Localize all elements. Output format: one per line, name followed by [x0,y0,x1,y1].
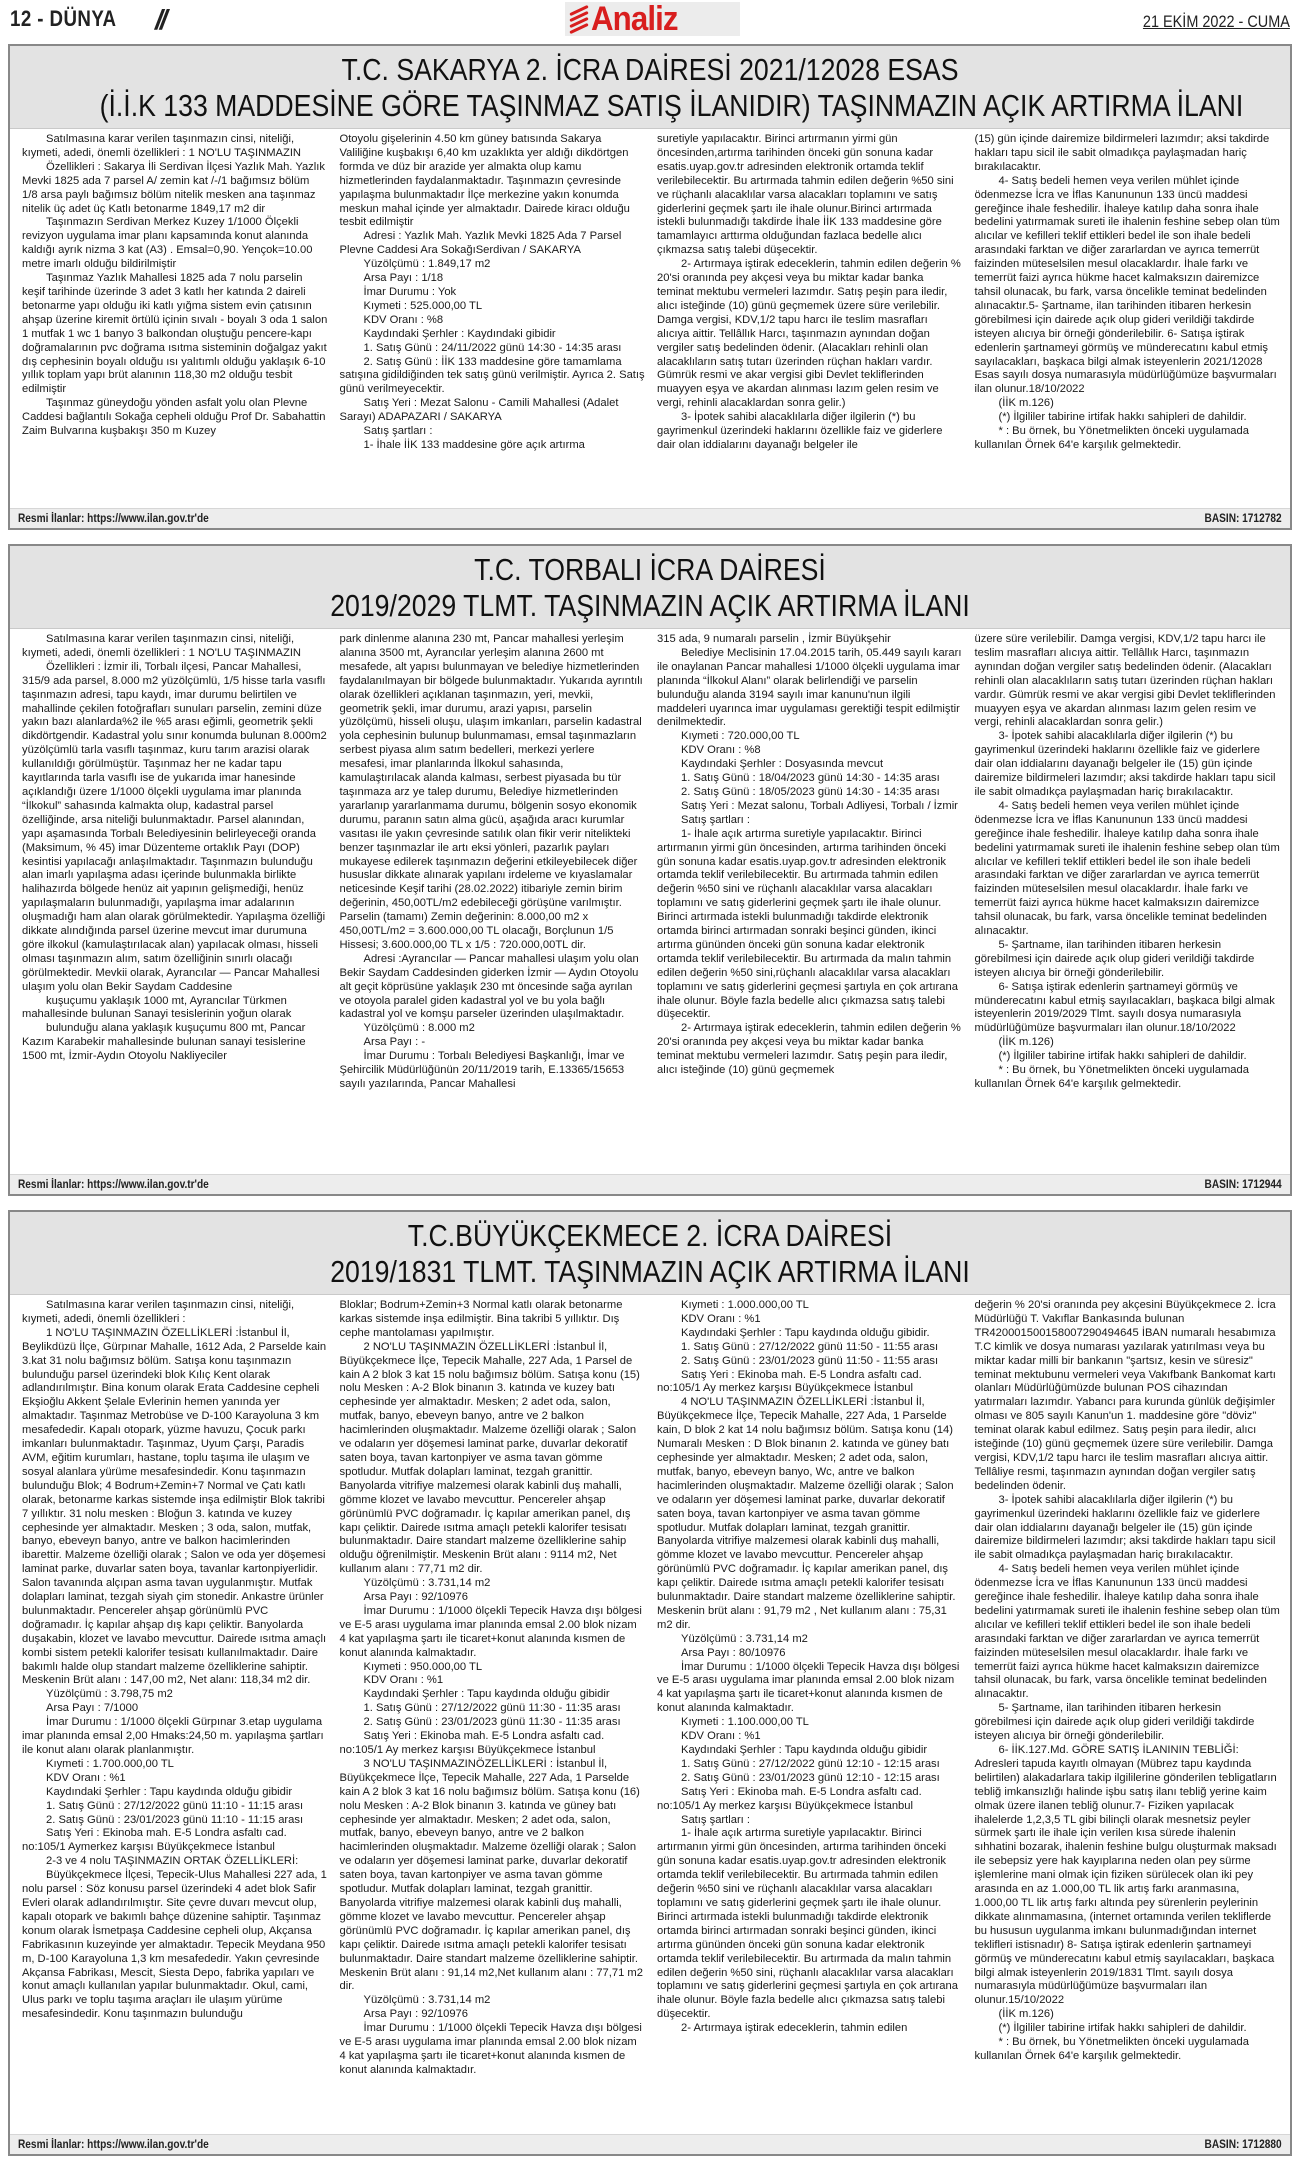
ad-paragraph: 1. Satış Günü : 27/12/2022 günü 11:10 - … [22,1800,328,1814]
masthead: 12 - DÜNYA // Analiz 21 EKİM 2022 - CUMA [0,0,1300,40]
ad-paragraph: Satış Yeri : Ekinoba mah. E-5 Londra asf… [22,1827,328,1855]
ad-paragraph: Adresi : Yazlık Mah. Yazlık Mevki 1825 A… [340,230,646,258]
ad-title-line-2: 2019/1831 TLMT. TAŞINMAZIN AÇIK ARTIRMA … [100,1254,1201,1290]
legal-ad-sakarya: T.C. SAKARYA 2. İCRA DAİRESİ 2021/12028 … [8,44,1292,530]
ad-paragraph: İmar Durumu : 1/1000 ölçekli Tepecik Hav… [340,1605,646,1661]
ad-paragraph: KDV Oranı : %1 [340,1674,646,1688]
ad-paragraph: Satış şartları : [340,425,646,439]
official-ads-link[interactable]: Resmi İlanlar: https://www.ilan.gov.tr'd… [18,2139,209,2151]
logo-swoosh-icon [569,5,591,33]
ad-paragraph: 1- İhale İİK 133 maddesine göre açık art… [340,439,646,453]
press-number: BASIN: 1712782 [1205,513,1282,525]
ad-paragraph: Satış Yeri : Mezat salonu, Torbalı Adliy… [657,800,963,814]
ad-paragraph: 1. Satış Günü : 27/12/2022 günü 11:30 - … [340,1702,646,1716]
ad-body: Satılmasına karar verilen taşınmazın cin… [10,1295,1290,2078]
ad-paragraph: (*) İlgililer tabirine irtifak hakkı sah… [975,1050,1281,1064]
ad-paragraph: 4- Satış bedeli hemen veya verilen mühle… [975,175,1281,398]
ad-paragraph: 3- İpotek sahibi alacaklılarla diğer ilg… [657,411,963,453]
ad-paragraph: 2 NO'LU TAŞINMAZIN ÖZELLİKLERİ :İstanbul… [340,1341,646,1577]
ad-paragraph: Yüzölçümü : 1.849,17 m2 [340,258,646,272]
ad-paragraph: kuşuçumu yaklaşık 1000 mt, Ayrancılar Tü… [22,995,328,1023]
ad-column-4: (15) gün içinde dairemize bildirmeleri l… [975,133,1281,453]
ad-paragraph: üzere süre verilebilir. Damga vergisi, K… [975,633,1281,730]
ad-paragraph: 1. Satış Günü : 24/11/2022 günü 14:30 - … [340,342,646,356]
ad-paragraph: 5- Şartname, ilan tarihinden itibaren he… [975,1702,1281,1744]
ad-paragraph: bulunduğu alana yaklaşık kuşuçumu 800 mt… [22,1022,328,1064]
ad-paragraph: 2. Satış Günü : 23/01/2023 günü 11:10 - … [22,1814,328,1828]
ad-column-3: suretiyle yapılacaktır. Birinci artırman… [657,133,963,453]
ad-paragraph: İmar Durumu : Yok [340,286,646,300]
legal-ad-buyukcekmece: T.C.BÜYÜKÇEKMECE 2. İCRA DAİRESİ 2019/18… [8,1210,1292,2156]
ad-column-2: Bloklar; Bodrum+Zemin+3 Normal katlı ola… [340,1299,646,2078]
ad-paragraph: 2- Artırmaya iştirak edeceklerin, tahmin… [657,2022,963,2036]
press-number: BASIN: 1712944 [1205,1179,1282,1191]
ad-title-line-2: (İ.İ.K 133 MADDESİNE GÖRE TAŞINMAZ SATIŞ… [100,88,1201,124]
ad-paragraph: Satış Yeri : Ekinoba mah. E-5 Londra asf… [657,1369,963,1397]
ad-paragraph: Bloklar; Bodrum+Zemin+3 Normal katlı ola… [340,1299,646,1341]
ad-footer: Resmi İlanlar: https://www.ilan.gov.tr'd… [10,1174,1290,1194]
ad-paragraph: Kıymeti : 950.000,00 TL [340,1661,646,1675]
ad-paragraph: 1. Satış Günü : 27/12/2022 günü 12:10 - … [657,1758,963,1772]
ad-title: T.C. SAKARYA 2. İCRA DAİRESİ 2021/12028 … [10,46,1290,129]
ad-paragraph: Taşınmaz güneydoğu yönden asfalt yolu ol… [22,397,328,439]
ad-paragraph: (İİK m.126) [975,397,1281,411]
ad-paragraph: KDV Oranı : %8 [340,314,646,328]
ad-paragraph: 2-3 ve 4 nolu TAŞINMAZIN ORTAK ÖZELLİKLE… [22,1855,328,1869]
ad-footer: Resmi İlanlar: https://www.ilan.gov.tr'd… [10,2134,1290,2154]
ad-paragraph: İmar Durumu : 1/1000 ölçekli Tepecik Hav… [657,1661,963,1717]
ad-paragraph: Satış Yeri : Ekinoba mah. E-5 Londra asf… [340,1730,646,1758]
ad-paragraph: Satış Yeri : Mezat Salonu - Camili Mahal… [340,397,646,425]
ad-title-line-1: T.C.BÜYÜKÇEKMECE 2. İCRA DAİRESİ [100,1218,1201,1254]
ad-paragraph: Kaydındaki Şerhler : Tapu kaydında olduğ… [22,1786,328,1800]
ad-paragraph: Kıymeti : 1.000.000,00 TL [657,1299,963,1313]
ad-paragraph: 5- Şartname, ilan tarihinden itibaren he… [975,939,1281,981]
ad-paragraph: 2. Satış Günü : 23/01/2023 günü 11:30 - … [340,1716,646,1730]
press-number: BASIN: 1712880 [1205,2139,1282,2151]
ad-paragraph: Kaydındaki Şerhler : Tapu kaydında olduğ… [340,1688,646,1702]
ad-footer: Resmi İlanlar: https://www.ilan.gov.tr'd… [10,508,1290,528]
ad-paragraph: Arsa Payı : - [340,1036,646,1050]
legal-ad-torbali: T.C. TORBALI İCRA DAİRESİ 2019/2029 TLMT… [8,544,1292,1196]
ad-paragraph: (İİK m.126) [975,1036,1281,1050]
ad-title-line-1: T.C. TORBALI İCRA DAİRESİ [100,552,1201,588]
ad-paragraph: Arsa Payı : 92/10976 [340,1591,646,1605]
ad-paragraph: Kıymeti : 720.000,00 TL [657,730,963,744]
ad-paragraph: 1 NO'LU TAŞINMAZIN ÖZELLİKLERİ :İstanbul… [22,1327,328,1689]
ad-paragraph: 4 NO'LU TAŞINMAZIN ÖZELLİKLERİ :İstanbul… [657,1396,963,1632]
ad-paragraph: 2. Satış Günü : 18/05/2023 günü 14:30 - … [657,786,963,800]
ad-paragraph: Taşınmazın Serdivan Merkez Kuzey 1/1000 … [22,216,328,272]
ad-paragraph: 2. Satış Günü : 23/01/2023 günü 11:50 - … [657,1355,963,1369]
ad-column-1: Satılmasına karar verilen taşınmazın cin… [22,133,328,453]
ad-paragraph: 1- İhale açık artırma suretiyle yapılaca… [657,828,963,1023]
ad-paragraph: Otoyolu gişelerinin 4.50 km güney batısı… [340,133,646,230]
ad-paragraph: 3 NO'LU TAŞINMAZINÖZELLİKLERİ : İstanbul… [340,1758,646,1994]
ad-paragraph: İmar Durumu : Torbalı Belediyesi Başkanl… [340,1050,646,1092]
ad-paragraph: * : Bu örnek, bu Yönetmelikten önceki uy… [975,2036,1281,2064]
ad-paragraph: 1. Satış Günü : 18/04/2023 günü 14:30 - … [657,772,963,786]
ad-paragraph: suretiyle yapılacaktır. Birinci artırman… [657,133,963,258]
ad-paragraph: Belediye Meclisinin 17.04.2015 tarih, 05… [657,647,963,730]
ad-paragraph: Arsa Payı : 1/18 [340,272,646,286]
ad-paragraph: Satış şartları : [657,814,963,828]
ad-title-line-1: T.C. SAKARYA 2. İCRA DAİRESİ 2021/12028 … [100,52,1201,88]
ad-paragraph: Satış şartları : [657,1814,963,1828]
ad-column-4: üzere süre verilebilir. Damga vergisi, K… [975,633,1281,1092]
ad-column-4: değerin % 20'si oranında pey akçesini Bü… [975,1299,1281,2078]
section-separator: // [155,4,165,36]
ad-column-2: park dinlenme alanına 230 mt, Pancar mah… [340,633,646,1092]
ad-paragraph: park dinlenme alanına 230 mt, Pancar mah… [340,633,646,953]
ad-paragraph: 1- İhale açık artırma suretiyle yapılaca… [657,1827,963,2022]
ad-paragraph: Arsa Payı : 92/10976 [340,2008,646,2022]
ad-paragraph: 1. Satış Günü : 27/12/2022 günü 11:50 - … [657,1341,963,1355]
ad-column-3: Kıymeti : 1.000.000,00 TLKDV Oranı : %1K… [657,1299,963,2078]
ad-paragraph: 6- Satışa iştirak edenlerin şartnameyi g… [975,981,1281,1037]
official-ads-link[interactable]: Resmi İlanlar: https://www.ilan.gov.tr'd… [18,513,209,525]
ad-paragraph: KDV Oranı : %1 [22,1772,328,1786]
ad-paragraph: Taşınmaz Yazlık Mahallesi 1825 ada 7 nol… [22,272,328,397]
ad-paragraph: * : Bu örnek, bu Yönetmelikten önceki uy… [975,1064,1281,1092]
ad-column-2: Otoyolu gişelerinin 4.50 km güney batısı… [340,133,646,453]
ad-paragraph: Kaydındaki Şerhler : Tapu kaydında olduğ… [657,1327,963,1341]
newspaper-logo: Analiz [565,2,740,36]
ad-paragraph: 2- Artırmaya iştirak edeceklerin, tahmin… [657,258,963,411]
ad-paragraph: 4- Satış bedeli hemen veya verilen mühle… [975,1563,1281,1702]
ad-paragraph: Arsa Payı : 80/10976 [657,1647,963,1661]
ad-paragraph: 4- Satış bedeli hemen veya verilen mühle… [975,800,1281,939]
ad-paragraph: Satılmasına karar verilen taşınmazın cin… [22,633,328,661]
ad-paragraph: Büyükçekmece İlçesi, Tepecik-Ulus Mahall… [22,1869,328,2022]
ad-title: T.C.BÜYÜKÇEKMECE 2. İCRA DAİRESİ 2019/18… [10,1212,1290,1295]
ad-paragraph: 2- Artırmaya iştirak edeceklerin, tahmin… [657,1022,963,1078]
ad-paragraph: Yüzölçümü : 3.731,14 m2 [657,1633,963,1647]
ad-paragraph: Yüzölçümü : 3.731,14 m2 [340,1994,646,2008]
ad-paragraph: Satış Yeri : Ekinoba mah. E-5 Londra asf… [657,1786,963,1814]
ad-paragraph: İmar Durumu : 1/1000 ölçekli Tepecik Hav… [340,2022,646,2078]
ad-paragraph: İmar Durumu : 1/1000 ölçekli Gürpınar 3.… [22,1716,328,1758]
ad-body: Satılmasına karar verilen taşınmazın cin… [10,629,1290,1092]
ad-column-1: Satılmasına karar verilen taşınmazın cin… [22,1299,328,2078]
ad-column-1: Satılmasına karar verilen taşınmazın cin… [22,633,328,1092]
ad-paragraph: değerin % 20'si oranında pey akçesini Bü… [975,1299,1281,1494]
ad-paragraph: * : Bu örnek, bu Yönetmelikten önceki uy… [975,425,1281,453]
ad-paragraph: Yüzölçümü : 3.798,75 m2 [22,1688,328,1702]
ad-paragraph: Satılmasına karar verilen taşınmazın cin… [22,1299,328,1327]
ad-column-3: 315 ada, 9 numaralı parselin , İzmir Büy… [657,633,963,1092]
ad-paragraph: Kaydındaki Şerhler : Tapu kaydında olduğ… [657,1744,963,1758]
ad-title: T.C. TORBALI İCRA DAİRESİ 2019/2029 TLMT… [10,546,1290,629]
issue-date: 21 EKİM 2022 - CUMA [1143,12,1290,32]
official-ads-link[interactable]: Resmi İlanlar: https://www.ilan.gov.tr'd… [18,1179,209,1191]
ad-paragraph: Kıymeti : 1.100.000,00 TL [657,1716,963,1730]
ad-paragraph: Arsa Payı : 7/1000 [22,1702,328,1716]
ad-paragraph: Kıymeti : 525.000,00 TL [340,300,646,314]
ad-paragraph: 315 ada, 9 numaralı parselin , İzmir Büy… [657,633,963,647]
ad-paragraph: Kaydındaki Şerhler : Dosyasında mevcut [657,758,963,772]
ad-paragraph: (15) gün içinde dairemize bildirmeleri l… [975,133,1281,175]
ad-paragraph: KDV Oranı : %8 [657,744,963,758]
ad-paragraph: Özellikleri : İzmir ili, Torbalı ilçesi,… [22,661,328,995]
ad-paragraph: KDV Oranı : %1 [657,1730,963,1744]
ad-paragraph: Adresi :Ayrancılar — Pancar mahallesi ul… [340,953,646,1023]
ad-paragraph: KDV Oranı : %1 [657,1313,963,1327]
ad-paragraph: 6- İİK.127.Md. GÖRE SATIŞ İLANININ TEBLİ… [975,1744,1281,2008]
section-label: 12 - DÜNYA [10,6,116,32]
ad-paragraph: Satılmasına karar verilen taşınmazın cin… [22,133,328,161]
ad-paragraph: 2. Satış Günü : 23/01/2023 günü 12:10 - … [657,1772,963,1786]
ad-paragraph: 3- İpotek sahibi alacaklılarla diğer ilg… [975,730,1281,800]
logo-text: Analiz [591,2,678,36]
ad-paragraph: (*) İlgililer tabirine irtifak hakkı sah… [975,2022,1281,2036]
ad-paragraph: Yüzölçümü : 8.000 m2 [340,1022,646,1036]
ad-paragraph: Özellikleri : Sakarya İli Serdivan İlçes… [22,161,328,217]
ad-title-line-2: 2019/2029 TLMT. TAŞINMAZIN AÇIK ARTIRMA … [100,588,1201,624]
ad-paragraph: Kıymeti : 1.700.000,00 TL [22,1758,328,1772]
ad-paragraph: 2. Satış Günü : İİK 133 maddesine göre t… [340,356,646,398]
ad-paragraph: Kaydındaki Şerhler : Kaydındaki gibidir [340,328,646,342]
ad-paragraph: (İİK m.126) [975,2008,1281,2022]
ad-body: Satılmasına karar verilen taşınmazın cin… [10,129,1290,453]
ad-paragraph: 3- İpotek sahibi alacaklılarla diğer ilg… [975,1494,1281,1564]
ad-paragraph: (*) İlgililer tabirine irtifak hakkı sah… [975,411,1281,425]
ad-paragraph: Yüzölçümü : 3.731,14 m2 [340,1577,646,1591]
